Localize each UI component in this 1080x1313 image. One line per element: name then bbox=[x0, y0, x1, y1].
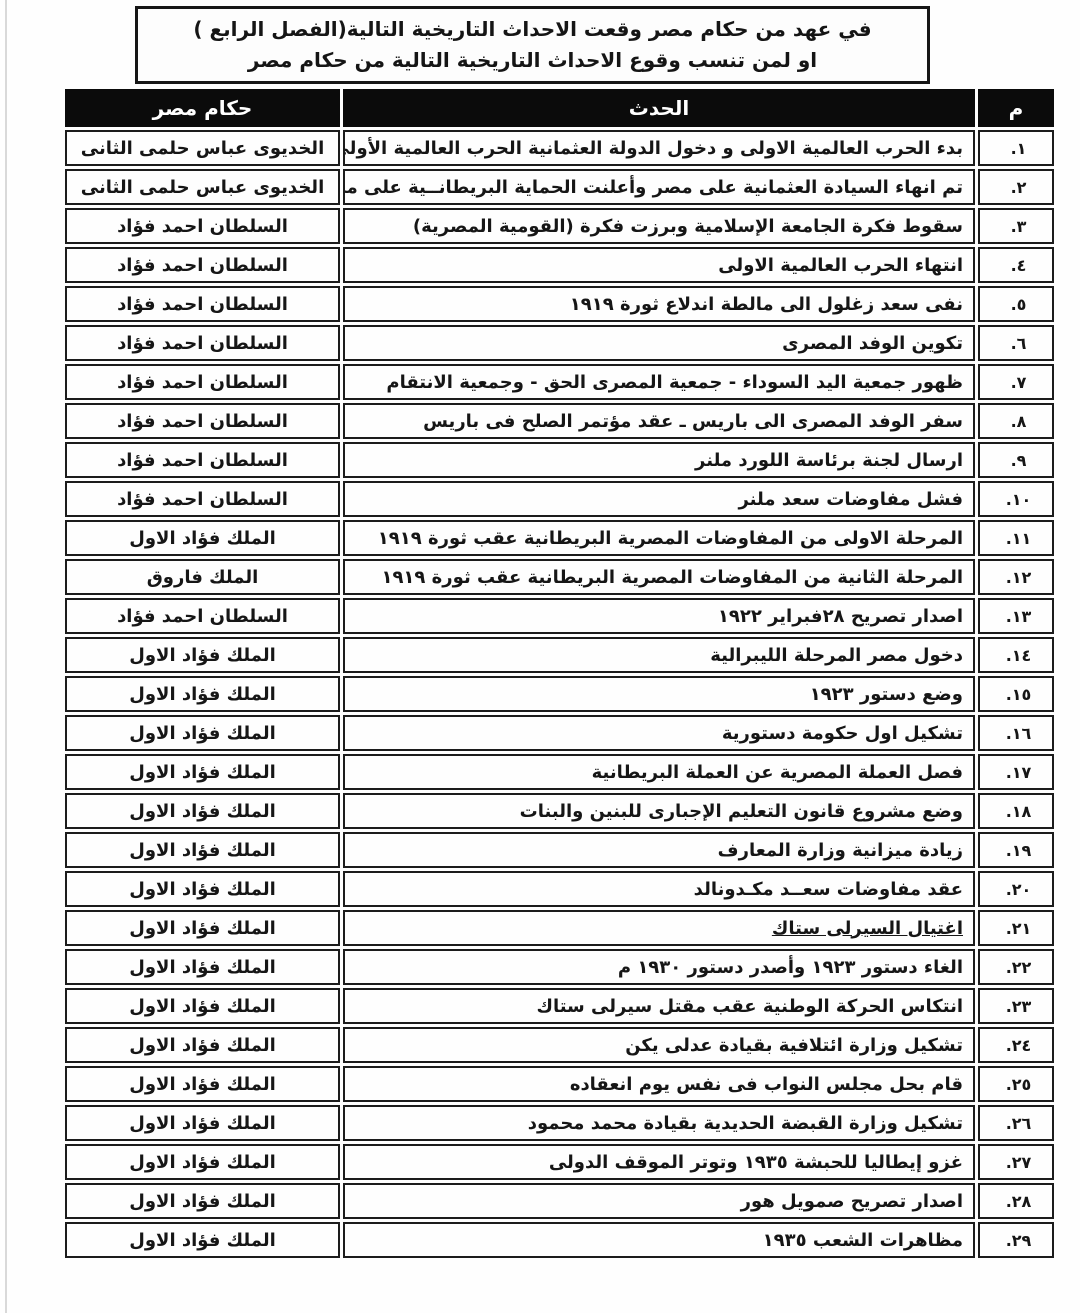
event-cell: الغاء دستور ١٩٢٣ وأصدر دستور ١٩٣٠ م bbox=[343, 949, 975, 985]
header-event: الحدث bbox=[343, 89, 975, 127]
table-row: ١٨.وضع مشروع قانون التعليم الإجبارى للبن… bbox=[65, 793, 1054, 829]
row-number-cell: ٢١. bbox=[978, 910, 1054, 946]
event-cell: سقوط فكرة الجامعة الإسلامية وبرزت فكرة (… bbox=[343, 208, 975, 244]
row-number-cell: ٢٩. bbox=[978, 1222, 1054, 1258]
table-row: ٢٨.اصدار تصريح صمويل هورالملك فؤاد الاول bbox=[65, 1183, 1054, 1219]
title-box: في عهد من حكام مصر وقعت الاحداث التاريخي… bbox=[135, 6, 930, 84]
event-cell: مظاهرات الشعب ١٩٣٥ bbox=[343, 1222, 975, 1258]
table-row: ١.بدء الحرب العالمية الاولى و دخول الدول… bbox=[65, 130, 1054, 166]
table-row: ١٧.فصل العملة المصرية عن العملة البريطان… bbox=[65, 754, 1054, 790]
row-number-cell: ٢٥. bbox=[978, 1066, 1054, 1102]
row-number-cell: ٢٦. bbox=[978, 1105, 1054, 1141]
event-cell: المرحلة الاولى من المفاوضات المصرية البر… bbox=[343, 520, 975, 556]
event-cell: قام بحل مجلس النواب فى نفس يوم انعقاده bbox=[343, 1066, 975, 1102]
row-number-cell: ١٦. bbox=[978, 715, 1054, 751]
event-cell: ظهور جمعية اليد السوداء - جمعية المصرى ا… bbox=[343, 364, 975, 400]
table-row: ٢١.اغتيال السيرلى ستاكالملك فؤاد الاول bbox=[65, 910, 1054, 946]
event-cell: تشكيل اول حكومة دستورية bbox=[343, 715, 975, 751]
table-row: ٢.تم انهاء السيادة العثمانية على مصر وأع… bbox=[65, 169, 1054, 205]
table-row: ٤.انتهاء الحرب العالمية الاولىالسلطان اح… bbox=[65, 247, 1054, 283]
event-cell: نفى سعد زغلول الى مالطة اندلاع ثورة ١٩١٩ bbox=[343, 286, 975, 322]
table-row: ١٣.اصدار تصريح ٢٨فبراير ١٩٢٢السلطان احمد… bbox=[65, 598, 1054, 634]
ruler-cell: السلطان احمد فؤاد bbox=[65, 403, 340, 439]
table-row: ٢٩.مظاهرات الشعب ١٩٣٥الملك فؤاد الاول bbox=[65, 1222, 1054, 1258]
ruler-cell: الملك فؤاد الاول bbox=[65, 1222, 340, 1258]
ruler-cell: الملك فؤاد الاول bbox=[65, 1105, 340, 1141]
scanned-document-page: في عهد من حكام مصر وقعت الاحداث التاريخي… bbox=[0, 0, 1080, 1313]
table-row: ٩.ارسال لجنة برئاسة اللورد ملنرالسلطان ا… bbox=[65, 442, 1054, 478]
ruler-cell: الملك فؤاد الاول bbox=[65, 1144, 340, 1180]
table-row: ١٦.تشكيل اول حكومة دستوريةالملك فؤاد الا… bbox=[65, 715, 1054, 751]
table-body: ١.بدء الحرب العالمية الاولى و دخول الدول… bbox=[65, 130, 1054, 1258]
ruler-cell: الملك فؤاد الاول bbox=[65, 1027, 340, 1063]
row-number-cell: ١٣. bbox=[978, 598, 1054, 634]
row-number-cell: ١١. bbox=[978, 520, 1054, 556]
table-row: ٥.نفى سعد زغلول الى مالطة اندلاع ثورة ١٩… bbox=[65, 286, 1054, 322]
row-number-cell: ٢٧. bbox=[978, 1144, 1054, 1180]
ruler-cell: الخديوى عباس حلمى الثانى bbox=[65, 130, 340, 166]
ruler-cell: الخديوى عباس حلمى الثانى bbox=[65, 169, 340, 205]
table-row: ٢٣.انتكاس الحركة الوطنية عقب مقتل سيرلى … bbox=[65, 988, 1054, 1024]
ruler-cell: الملك فؤاد الاول bbox=[65, 793, 340, 829]
ruler-cell: الملك فؤاد الاول bbox=[65, 754, 340, 790]
row-number-cell: ١٨. bbox=[978, 793, 1054, 829]
table-row: ٢٢.الغاء دستور ١٩٢٣ وأصدر دستور ١٩٣٠ مال… bbox=[65, 949, 1054, 985]
page-edge-line bbox=[5, 0, 7, 1313]
event-cell: زيادة ميزانية وزارة المعارف bbox=[343, 832, 975, 868]
event-cell: تشكيل وزارة ائتلافية بقيادة عدلى يكن bbox=[343, 1027, 975, 1063]
header-number: م bbox=[978, 89, 1054, 127]
ruler-cell: السلطان احمد فؤاد bbox=[65, 286, 340, 322]
ruler-cell: السلطان احمد فؤاد bbox=[65, 247, 340, 283]
table-row: ٧.ظهور جمعية اليد السوداء - جمعية المصرى… bbox=[65, 364, 1054, 400]
row-number-cell: ١٧. bbox=[978, 754, 1054, 790]
ruler-cell: الملك فؤاد الاول bbox=[65, 1066, 340, 1102]
table-row: ١٤.دخول مصر المرحلة الليبراليةالملك فؤاد… bbox=[65, 637, 1054, 673]
event-cell: تشكيل وزارة القبضة الحديدية بقيادة محمد … bbox=[343, 1105, 975, 1141]
ruler-cell: الملك فؤاد الاول bbox=[65, 520, 340, 556]
event-cell: وضع مشروع قانون التعليم الإجبارى للبنين … bbox=[343, 793, 975, 829]
event-cell: تكوين الوفد المصرى bbox=[343, 325, 975, 361]
table-row: ١٠.فشل مفاوضات سعد ملنرالسلطان احمد فؤاد bbox=[65, 481, 1054, 517]
table-row: ٣.سقوط فكرة الجامعة الإسلامية وبرزت فكرة… bbox=[65, 208, 1054, 244]
event-cell: بدء الحرب العالمية الاولى و دخول الدولة … bbox=[343, 130, 975, 166]
row-number-cell: ٦. bbox=[978, 325, 1054, 361]
event-cell: انتكاس الحركة الوطنية عقب مقتل سيرلى ستا… bbox=[343, 988, 975, 1024]
ruler-cell: الملك فؤاد الاول bbox=[65, 871, 340, 907]
ruler-cell: السلطان احمد فؤاد bbox=[65, 208, 340, 244]
ruler-cell: السلطان احمد فؤاد bbox=[65, 442, 340, 478]
event-cell: فصل العملة المصرية عن العملة البريطانية bbox=[343, 754, 975, 790]
ruler-cell: السلطان احمد فؤاد bbox=[65, 481, 340, 517]
event-cell: المرحلة الثانية من المفاوضات المصرية الب… bbox=[343, 559, 975, 595]
event-cell: غزو إيطاليا للحبشة ١٩٣٥ وتوتر الموقف الد… bbox=[343, 1144, 975, 1180]
row-number-cell: ١٢. bbox=[978, 559, 1054, 595]
row-number-cell: ٣. bbox=[978, 208, 1054, 244]
table-row: ٢٠.عقد مفاوضات سعــد مكـدونالدالملك فؤاد… bbox=[65, 871, 1054, 907]
table-row: ١٥.وضع دستور ١٩٢٣الملك فؤاد الاول bbox=[65, 676, 1054, 712]
row-number-cell: ٢. bbox=[978, 169, 1054, 205]
table-row: ٢٦.تشكيل وزارة القبضة الحديدية بقيادة مح… bbox=[65, 1105, 1054, 1141]
ruler-cell: الملك فاروق bbox=[65, 559, 340, 595]
row-number-cell: ١٤. bbox=[978, 637, 1054, 673]
ruler-cell: الملك فؤاد الاول bbox=[65, 715, 340, 751]
table-row: ٢٧.غزو إيطاليا للحبشة ١٩٣٥ وتوتر الموقف … bbox=[65, 1144, 1054, 1180]
event-cell: انتهاء الحرب العالمية الاولى bbox=[343, 247, 975, 283]
event-cell: سفر الوفد المصرى الى باريس ـ عقد مؤتمر ا… bbox=[343, 403, 975, 439]
table-header-row: م الحدث حكام مصر bbox=[65, 89, 1054, 127]
page-title-line2: او لمن تنسب وقوع الاحداث التاريخية التال… bbox=[248, 45, 817, 76]
row-number-cell: ٢٢. bbox=[978, 949, 1054, 985]
table-row: ١٢.المرحلة الثانية من المفاوضات المصرية … bbox=[65, 559, 1054, 595]
row-number-cell: ٢٨. bbox=[978, 1183, 1054, 1219]
row-number-cell: ٢٣. bbox=[978, 988, 1054, 1024]
table-row: ٢٥.قام بحل مجلس النواب فى نفس يوم انعقاد… bbox=[65, 1066, 1054, 1102]
event-cell: ارسال لجنة برئاسة اللورد ملنر bbox=[343, 442, 975, 478]
event-cell: اصدار تصريح صمويل هور bbox=[343, 1183, 975, 1219]
header-ruler: حكام مصر bbox=[65, 89, 340, 127]
event-cell: فشل مفاوضات سعد ملنر bbox=[343, 481, 975, 517]
event-cell: دخول مصر المرحلة الليبرالية bbox=[343, 637, 975, 673]
row-number-cell: ٨. bbox=[978, 403, 1054, 439]
page-title-line1: في عهد من حكام مصر وقعت الاحداث التاريخي… bbox=[193, 14, 871, 45]
event-cell: اغتيال السيرلى ستاك bbox=[343, 910, 975, 946]
ruler-cell: السلطان احمد فؤاد bbox=[65, 325, 340, 361]
ruler-cell: الملك فؤاد الاول bbox=[65, 637, 340, 673]
events-table: م الحدث حكام مصر ١.بدء الحرب العالمية ال… bbox=[62, 86, 1057, 1261]
ruler-cell: السلطان احمد فؤاد bbox=[65, 598, 340, 634]
row-number-cell: ٤. bbox=[978, 247, 1054, 283]
ruler-cell: الملك فؤاد الاول bbox=[65, 676, 340, 712]
ruler-cell: الملك فؤاد الاول bbox=[65, 910, 340, 946]
event-cell: تم انهاء السيادة العثمانية على مصر وأعلن… bbox=[343, 169, 975, 205]
event-cell: وضع دستور ١٩٢٣ bbox=[343, 676, 975, 712]
event-cell: اصدار تصريح ٢٨فبراير ١٩٢٢ bbox=[343, 598, 975, 634]
row-number-cell: ٢٤. bbox=[978, 1027, 1054, 1063]
row-number-cell: ١٥. bbox=[978, 676, 1054, 712]
ruler-cell: الملك فؤاد الاول bbox=[65, 832, 340, 868]
table-row: ٦.تكوين الوفد المصرىالسلطان احمد فؤاد bbox=[65, 325, 1054, 361]
row-number-cell: ١٩. bbox=[978, 832, 1054, 868]
row-number-cell: ٩. bbox=[978, 442, 1054, 478]
table-row: ١١.المرحلة الاولى من المفاوضات المصرية ا… bbox=[65, 520, 1054, 556]
ruler-cell: الملك فؤاد الاول bbox=[65, 988, 340, 1024]
row-number-cell: ١٠. bbox=[978, 481, 1054, 517]
ruler-cell: السلطان احمد فؤاد bbox=[65, 364, 340, 400]
table-row: ١٩.زيادة ميزانية وزارة المعارفالملك فؤاد… bbox=[65, 832, 1054, 868]
row-number-cell: ٧. bbox=[978, 364, 1054, 400]
row-number-cell: ٢٠. bbox=[978, 871, 1054, 907]
row-number-cell: ٥. bbox=[978, 286, 1054, 322]
row-number-cell: ١. bbox=[978, 130, 1054, 166]
events-table-wrap: م الحدث حكام مصر ١.بدء الحرب العالمية ال… bbox=[62, 86, 1057, 1261]
ruler-cell: الملك فؤاد الاول bbox=[65, 949, 340, 985]
ruler-cell: الملك فؤاد الاول bbox=[65, 1183, 340, 1219]
table-row: ٨.سفر الوفد المصرى الى باريس ـ عقد مؤتمر… bbox=[65, 403, 1054, 439]
table-row: ٢٤.تشكيل وزارة ائتلافية بقيادة عدلى يكنا… bbox=[65, 1027, 1054, 1063]
event-cell: عقد مفاوضات سعــد مكـدونالد bbox=[343, 871, 975, 907]
